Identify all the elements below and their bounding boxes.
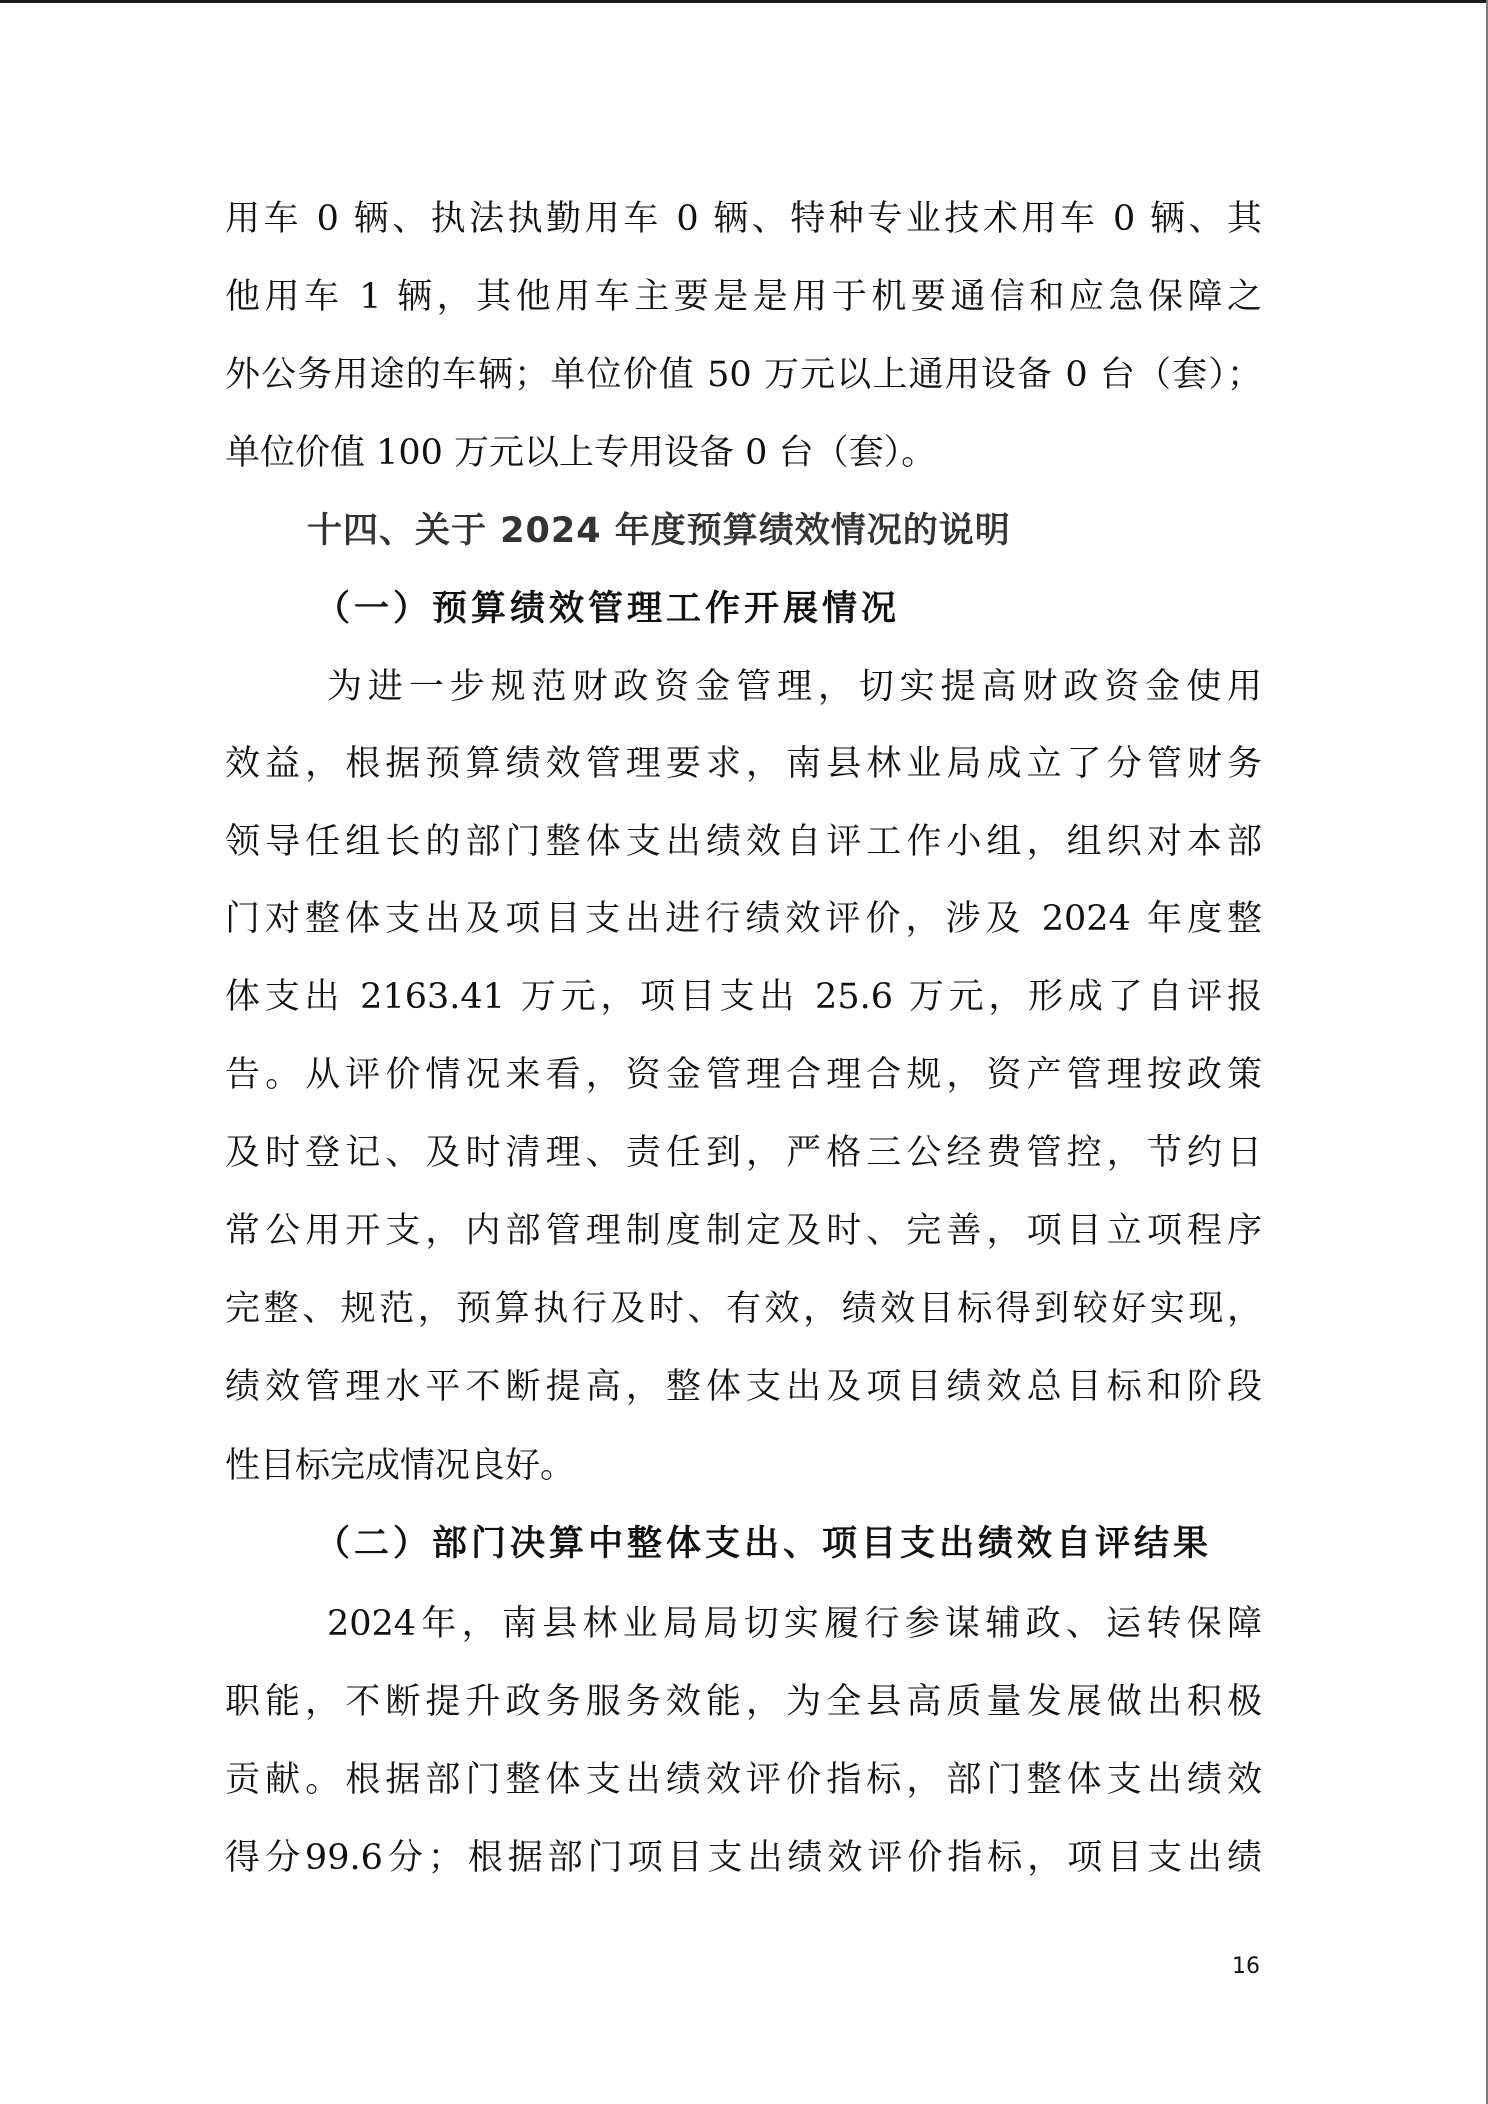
- body-line: 及时登记、及时清理、责任到，严格三公经费管控，节约日: [225, 1131, 1262, 1175]
- body-line: 职能，不断提升政务服务效能，为全县高质量发展做出积极: [225, 1680, 1262, 1724]
- body-line: 门对整体支出及项目支出进行绩效评价，涉及 2024 年度整: [225, 897, 1262, 941]
- body-line: 他用车 1 辆，其他用车主要是是用于机要通信和应急保障之: [225, 275, 1262, 319]
- body-line: 性目标完成情况良好。: [225, 1444, 1262, 1488]
- body-line: 用车 0 辆、执法执勤用车 0 辆、特种专业技术用车 0 辆、其: [225, 197, 1262, 241]
- body-line: 告。从评价情况来看，资金管理合理合规，资产管理按政策: [225, 1053, 1262, 1097]
- body-line: 外公务用途的车辆；单位价值 50 万元以上通用设备 0 台（套）；: [225, 353, 1262, 397]
- document-page: 用车 0 辆、执法执勤用车 0 辆、特种专业技术用车 0 辆、其 他用车 1 辆…: [0, 0, 1488, 2104]
- body-line: 效益，根据预算绩效管理要求，南县林业局成立了分管财务: [225, 742, 1262, 786]
- body-line: 贡献。根据部门整体支出绩效评价指标，部门整体支出绩效: [225, 1758, 1262, 1802]
- body-line: 2024年，南县林业局局切实履行参谋辅政、运转保障: [327, 1602, 1262, 1646]
- body-line: 常公用开支，内部管理制度制定及时、完善，项目立项程序: [225, 1209, 1262, 1253]
- subsection-heading: （二）部门决算中整体支出、项目支出绩效自评结果: [315, 1522, 1212, 1566]
- body-line: 体支出 2163.41 万元，项目支出 25.6 万元，形成了自评报: [225, 975, 1262, 1019]
- body-line: 为进一步规范财政资金管理，切实提高财政资金使用: [327, 665, 1262, 709]
- body-line: 完整、规范，预算执行及时、有效，绩效目标得到较好实现，: [225, 1287, 1262, 1331]
- page-number: 16: [1232, 1954, 1260, 1980]
- body-line: 单位价值 100 万元以上专用设备 0 台（套）。: [225, 431, 1262, 475]
- body-line: 绩效管理水平不断提高，整体支出及项目绩效总目标和阶段: [225, 1365, 1262, 1409]
- section-heading: 十四、关于 2024 年度预算绩效情况的说明: [307, 509, 1011, 553]
- body-line: 得分99.6分；根据部门项目支出绩效评价指标，项目支出绩: [225, 1836, 1262, 1880]
- subsection-heading: （一）预算绩效管理工作开展情况: [315, 587, 900, 631]
- body-line: 领导任组长的部门整体支出绩效自评工作小组，组织对本部: [225, 820, 1262, 864]
